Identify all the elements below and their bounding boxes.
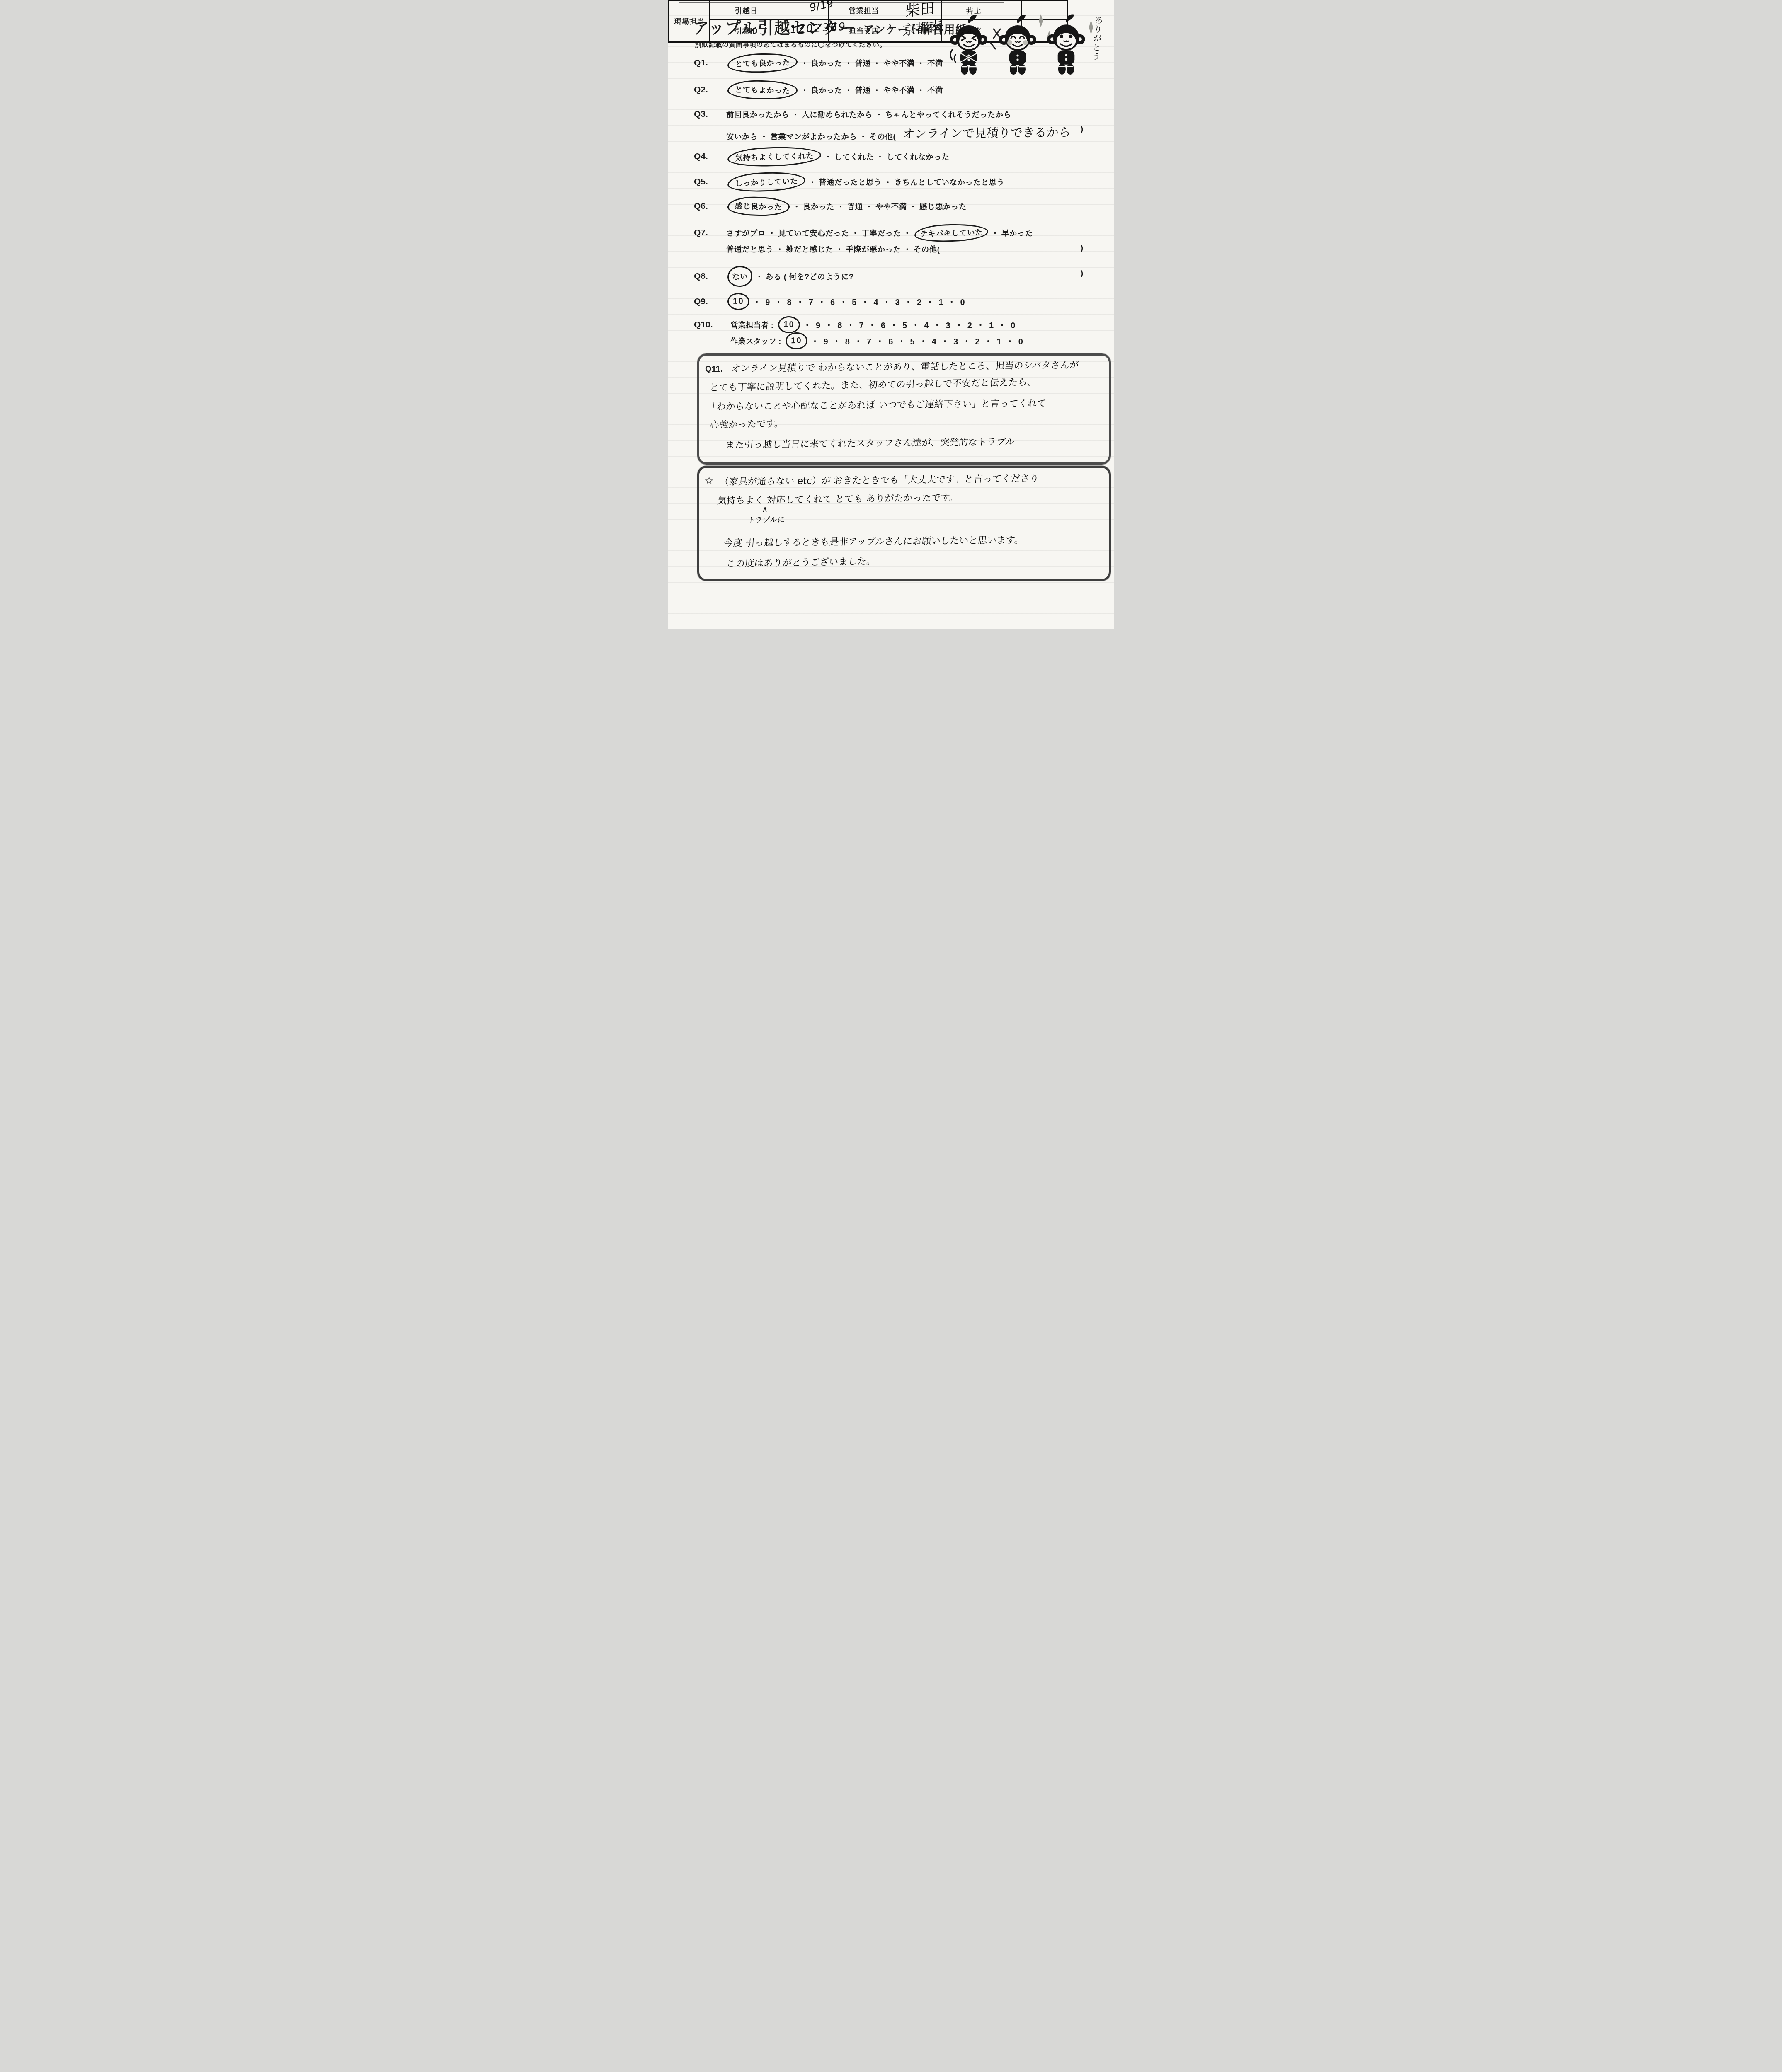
q10-sales-label: 営業担当者 :	[730, 321, 773, 329]
q10-number: Q10.	[694, 320, 730, 330]
star-icon: ☆	[704, 474, 714, 487]
question-q1: Q1.とても良かった ・ 良かった ・ 普通 ・ やや不満 ・ 不満	[694, 56, 1101, 70]
field-staff1-value: 井上	[965, 4, 982, 17]
question-q6: Q6.感じ良かった ・ 良かった ・ 普通 ・ やや不満 ・ 感じ悪かった	[694, 200, 1101, 213]
q1-circled-answer: とても良かった	[735, 58, 790, 68]
q3-close-paren: )	[1081, 125, 1083, 134]
q1-options: ・ 良かった ・ 普通 ・ やや不満 ・ 不満	[800, 59, 943, 68]
star-handwritten-line3: 今度 引っ越しするときも是非アップルさんにお願いしたいと思います。	[723, 533, 1024, 549]
star-handwritten-line4: この度はありがとうございました。	[726, 554, 876, 570]
question-q3-line1: Q3.前回良かったから ・ 人に勧められたから ・ ちゃんとやってくれそうだった…	[694, 109, 1101, 120]
q8-options: ・ ある ( 何を?どのように?	[755, 272, 853, 281]
survey-sheet: アップル引越センター アンケート解答用紙 別紙記載の質問事項のあてはまるものに〇…	[668, 0, 1114, 629]
question-q7-line1: Q7.さすがプロ ・ 見ていて安心だった ・ 丁寧だった ・ テキパキしていた …	[694, 227, 1101, 239]
q11-comment-box: Q11. オンライン見積りで わからないことがあり、電話したところ、担当のシバタ…	[697, 353, 1111, 465]
star-handwritten-line2: 気持ちよく 対応してくれて とても ありがたかったです。	[717, 490, 959, 507]
q4-circled-answer: 気持ちよくしてくれた	[735, 151, 814, 162]
q11-handwritten-line3: 「わからないことや心配なことがあれば いつでもご連絡下さい」と言ってくれて	[707, 396, 1047, 413]
q11-handwritten-line4: 心強かったです。	[709, 416, 784, 431]
q11-handwritten-line1: オンライン見積りで わからないことがあり、電話したところ、担当のシバタさんが	[731, 358, 1079, 375]
q9-number: Q9.	[694, 297, 726, 307]
q11-handwritten-line2: とても丁寧に説明してくれた。また、初めての引っ越しで不安だと伝えたら、	[709, 375, 1037, 394]
q1-number: Q1.	[694, 58, 726, 68]
question-q7-line2: 普通だと思う ・ 雑だと感じた ・ 手際が悪かった ・ その他( )	[694, 244, 1101, 254]
q7-options-line1: さすがプロ ・ 見ていて安心だった ・ 丁寧だった ・	[726, 229, 911, 237]
question-q8: Q8.ない ・ ある ( 何を?どのように? )	[694, 269, 1101, 284]
q7-close-paren: )	[1081, 244, 1083, 253]
field-staff2-value: クボタ	[958, 24, 982, 36]
q2-circled-answer: とてもよかった	[735, 85, 790, 95]
q6-options: ・ 良かった ・ 普通 ・ やや不満 ・ 感じ悪かった	[793, 202, 966, 211]
q10-staff-scale: ・ 9 ・ 8 ・ 7 ・ 6 ・ 5 ・ 4 ・ 3 ・ 2 ・ 1 ・ 0	[811, 337, 1024, 346]
q11-handwritten-line5: また引っ越し当日に来てくれたスタッフさん達が、突発的なトラブル	[725, 435, 1015, 451]
insertion-caret: ∧	[761, 504, 769, 514]
star-comment-box: ☆ （家具が通らない etc）が おきたときでも「大丈夫です」と言ってくださり …	[697, 466, 1111, 581]
q8-circled-answer: ない	[732, 272, 748, 281]
q10-sales-circled-score: 10	[783, 320, 795, 329]
question-q10-row1: Q10.営業担当者 :10 ・ 9 ・ 8 ・ 7 ・ 6 ・ 5 ・ 4 ・ …	[694, 319, 1101, 331]
q10-sales-scale: ・ 9 ・ 8 ・ 7 ・ 6 ・ 5 ・ 4 ・ 3 ・ 2 ・ 1 ・ 0	[803, 321, 1016, 330]
question-q4: Q4.気持ちよくしてくれた ・ してくれた ・ してくれなかった	[694, 150, 1101, 163]
scan-edge-top	[679, 2, 1004, 3]
q4-number: Q4.	[694, 152, 726, 162]
question-q5: Q5.しっかりしていた ・ 普通だったと思う ・ きちんとしていなかったと思う	[694, 175, 1101, 189]
q2-options: ・ 良かった ・ 普通 ・ やや不満 ・ 不満	[800, 86, 943, 94]
instruction-text: 別紙記載の質問事項のあてはまるものに〇をつけてください。	[695, 39, 886, 49]
q7-options-line1-post: ・ 早かった	[991, 229, 1033, 237]
q10-staff-circled-score: 10	[791, 336, 803, 346]
q8-close-paren: )	[1081, 269, 1083, 278]
scan-edge-left	[679, 2, 679, 629]
question-q9: Q9.10 ・ 9 ・ 8 ・ 7 ・ 6 ・ 5 ・ 4 ・ 3 ・ 2 ・ …	[694, 295, 1101, 307]
q5-circled-answer: しっかりしていた	[735, 177, 798, 188]
question-q2: Q2.とてもよかった ・ 良かった ・ 普通 ・ やや不満 ・ 不満	[694, 83, 1101, 97]
q8-number: Q8.	[694, 271, 726, 281]
q7-circled-answer: テキパキしていた	[919, 228, 983, 238]
q6-number: Q6.	[694, 201, 726, 211]
q4-options: ・ してくれた ・ してくれなかった	[824, 152, 949, 161]
q10-staff-label: 作業スタッフ :	[730, 337, 781, 346]
question-q3-line2: 安いから ・ 営業マンがよかったから ・ その他( オンラインで見積りできるから…	[694, 125, 1101, 142]
thanks-vertical-text: ありがとう	[1089, 15, 1105, 62]
q9-circled-score: 10	[733, 297, 744, 306]
q11-number: Q11.	[705, 365, 722, 374]
question-q10-row2: 作業スタッフ :10 ・ 9 ・ 8 ・ 7 ・ 6 ・ 5 ・ 4 ・ 3 ・…	[694, 335, 1101, 347]
q7-number: Q7.	[694, 228, 726, 238]
q2-number: Q2.	[694, 85, 726, 95]
q6-circled-answer: 感じ良かった	[735, 202, 782, 212]
q9-scale: ・ 9 ・ 8 ・ 7 ・ 6 ・ 5 ・ 4 ・ 3 ・ 2 ・ 1 ・ 0	[753, 298, 966, 307]
q3-options-line2: 安いから ・ 営業マンがよかったから ・ その他(	[726, 132, 896, 141]
star-insertion-text: トラブルに	[747, 514, 785, 525]
q7-options-line2: 普通だと思う ・ 雑だと感じた ・ 手際が悪かった ・ その他(	[726, 245, 940, 254]
star-handwritten-line1: （家具が通らない etc）が おきたときでも「大丈夫です」と言ってくださり	[719, 471, 1039, 488]
q3-options-line1: 前回良かったから ・ 人に勧められたから ・ ちゃんとやってくれそうだったから	[726, 110, 1011, 119]
q3-number: Q3.	[694, 109, 726, 119]
q3-handwritten-other: オンラインで見積りできるから	[902, 123, 1072, 142]
q5-number: Q5.	[694, 177, 726, 187]
branch-value-cell: 京都南	[899, 20, 942, 41]
q5-options: ・ 普通だったと思う ・ きちんとしていなかったと思う	[808, 178, 1004, 186]
